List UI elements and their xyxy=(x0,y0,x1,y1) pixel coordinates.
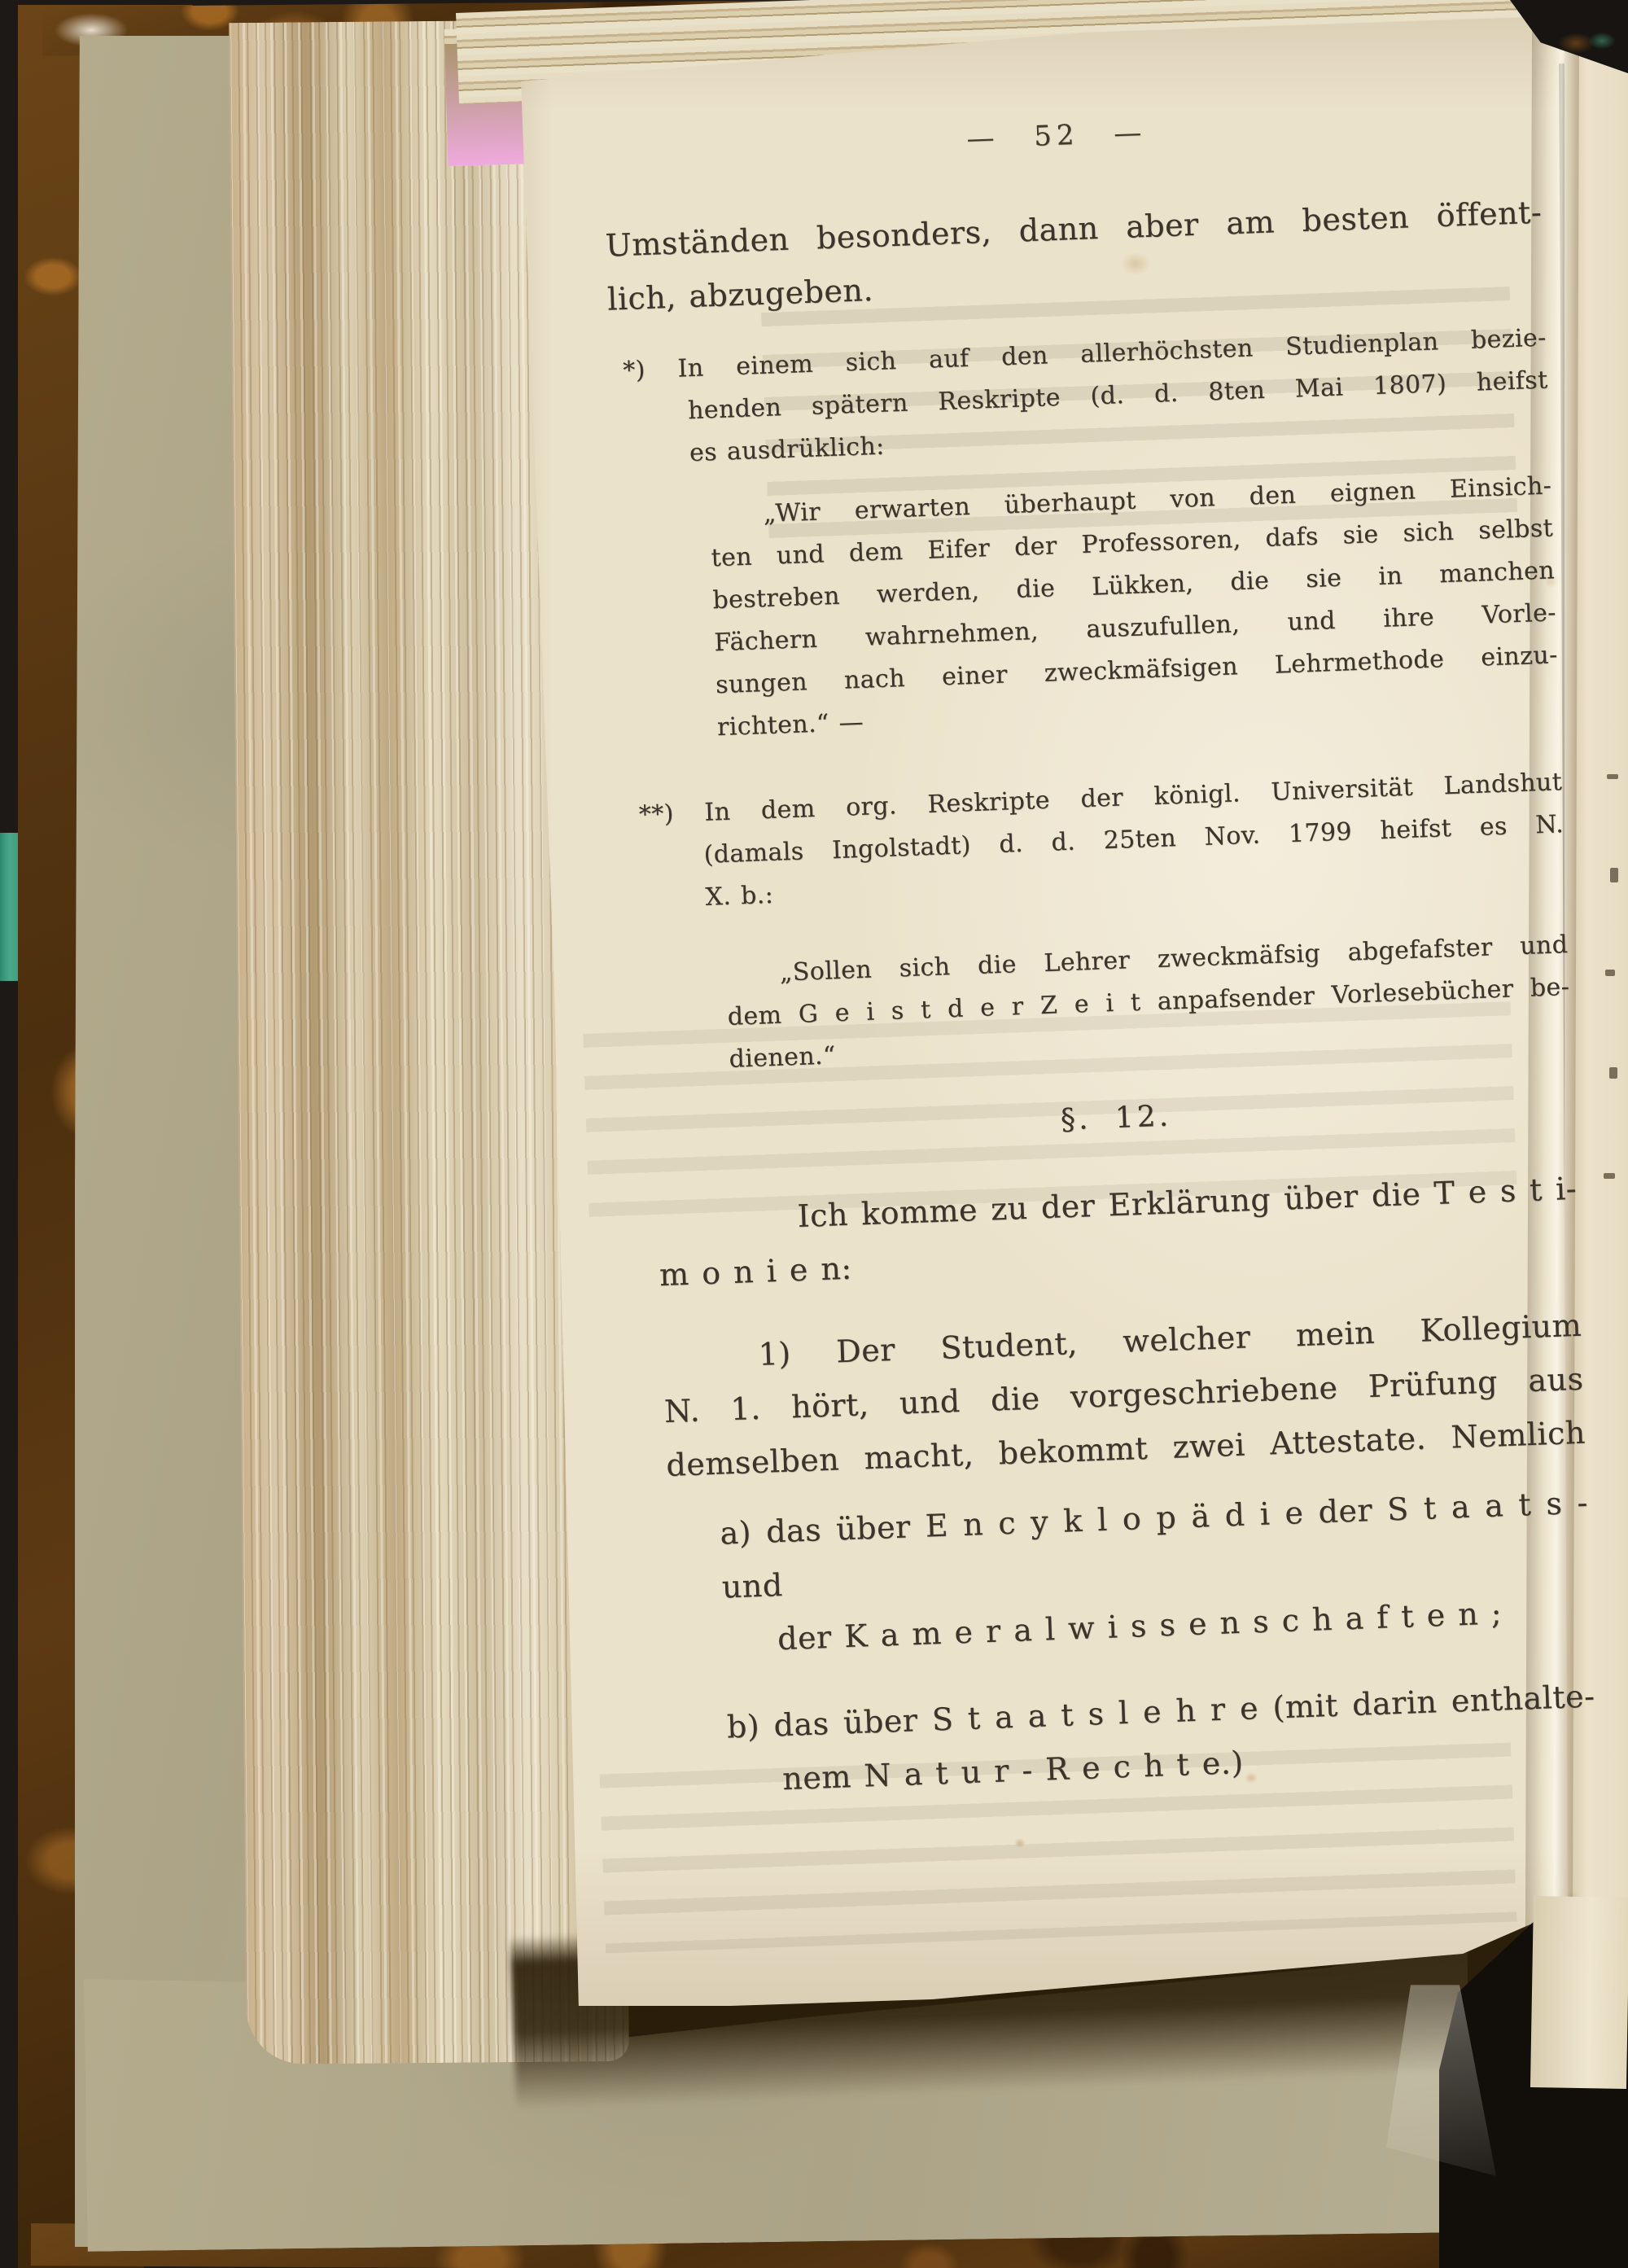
paragraph: Ich komme zu der Erklärung über die T e … xyxy=(612,1162,1580,1303)
blockquote: „Sollen sich die Lehrer zweckmäfsig abge… xyxy=(603,924,1572,1085)
next-page-text-fragment xyxy=(1609,1067,1617,1079)
page-corner-slip xyxy=(1530,1896,1628,2089)
page-text-block: — 52 — Umständen besonders, dann aber am… xyxy=(574,103,1598,1811)
next-page-text-fragment xyxy=(1604,1173,1615,1179)
section-heading: §. 12. xyxy=(609,1085,1574,1160)
footnote-star: *) In einem sich auf den allerhöchsten S… xyxy=(581,317,1550,478)
next-page-text-fragment xyxy=(1607,774,1618,779)
page-number-value: 52 xyxy=(1033,119,1079,153)
footnote-doublestar: **) In dem org. Reskripte der königl. Un… xyxy=(597,761,1566,922)
next-page-text-fragment xyxy=(1610,868,1618,882)
header-dash-left: — xyxy=(966,121,1000,155)
list-item-a: a) das über E n c y k l o p ä d i e der … xyxy=(623,1476,1592,1671)
book-scan-scene: — 52 — Umständen besonders, dann aber am… xyxy=(0,0,1628,2268)
header-dash-right: — xyxy=(1114,116,1147,150)
paragraph: Umständen besonders, dann aber am besten… xyxy=(577,186,1545,327)
blockquote: „Wir erwarten überhaupt von den eignen E… xyxy=(587,465,1560,753)
paragraph: 1) Der Student, welcher mein Kollegium N… xyxy=(617,1298,1586,1494)
next-page-text-fragment xyxy=(1605,970,1615,976)
